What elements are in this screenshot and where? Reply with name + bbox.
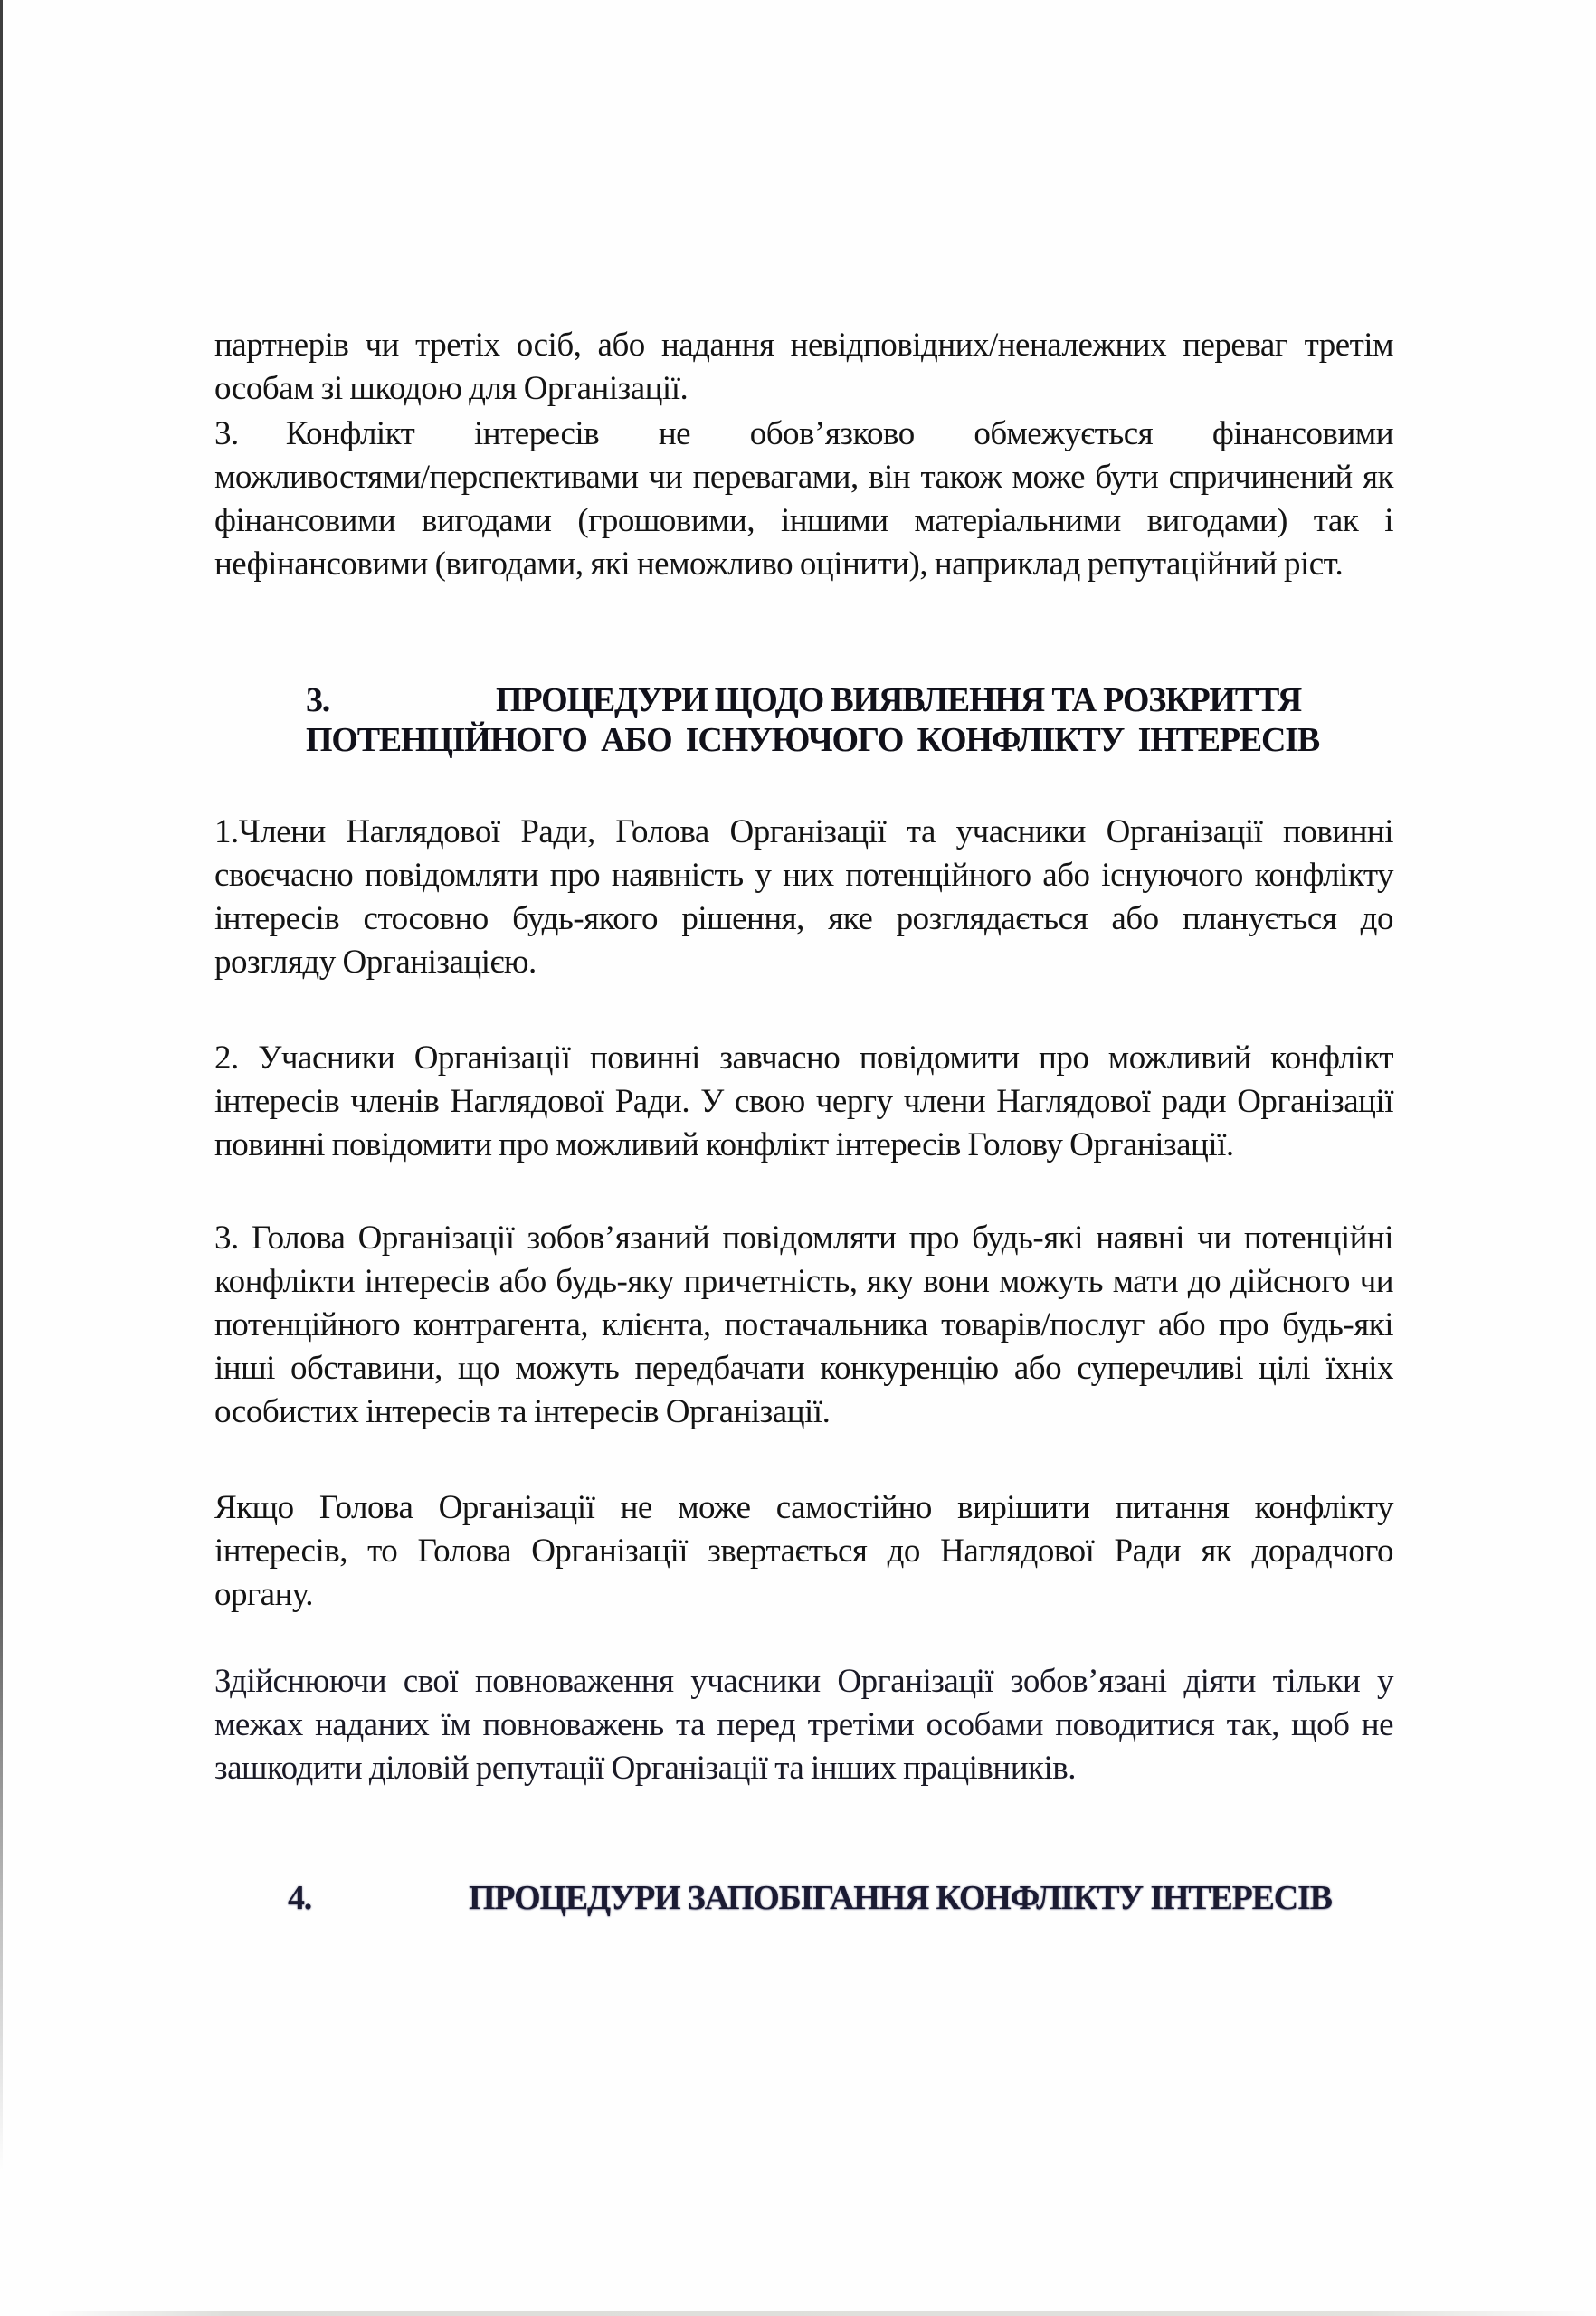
text-line: 1.Члени Наглядової Ради, Голова Організа… <box>214 811 1393 854</box>
scanned-document-page: партнерів чи третіх осіб, або надання не… <box>0 0 1596 2316</box>
paragraph-item-4: Якщо Голова Організації не може самостій… <box>214 1486 1393 1617</box>
paragraph-item-1: 1.Члени Наглядової Ради, Голова Організа… <box>214 811 1393 984</box>
paragraph-clause-3: 3.Конфлікт інтересів не обов’язково обме… <box>214 413 1393 586</box>
text-line-body: Конфлікт інтересів не обов’язково обмежу… <box>286 415 1393 452</box>
text-line: межах наданих їм повноважень та перед тр… <box>214 1704 1393 1747</box>
text-line: Якщо Голова Організації не може самостій… <box>214 1486 1393 1530</box>
text-line: 3. Голова Організації зобов’язаний повід… <box>214 1217 1393 1260</box>
text-line: інші обставини, що можуть передбачати ко… <box>214 1347 1393 1391</box>
paragraph-continuation: партнерів чи третіх осіб, або надання не… <box>214 324 1393 411</box>
text-line: своєчасно повідомляти про наявність у ни… <box>214 854 1393 897</box>
text-line: повинні повідомити про можливий конфлікт… <box>214 1124 1393 1167</box>
text-line: партнерів чи третіх осіб, або надання не… <box>214 324 1393 367</box>
text-line: конфлікти інтересів або будь-яку причетн… <box>214 1260 1393 1304</box>
text-line: Здійснюючи свої повноваження учасники Ор… <box>214 1660 1393 1704</box>
text-line: потенційного контрагента, клієнта, поста… <box>214 1304 1393 1347</box>
heading-title-line-2: ПОТЕНЦІЙНОГО АБО ІСНУЮЧОГО КОНФЛІКТУ ІНТ… <box>306 720 1319 760</box>
heading-title-line-1: ПРОЦЕДУРИ ЩОДО ВИЯВЛЕННЯ ТА РОЗКРИТТЯ <box>496 681 1301 719</box>
text-line: інтересів, то Голова Організації звертає… <box>214 1530 1393 1573</box>
text-line: інтересів стосовно будь-якого рішення, я… <box>214 897 1393 941</box>
heading-line: 4. ПРОЦЕДУРИ ЗАПОБІГАННЯ КОНФЛІКТУ ІНТЕР… <box>288 1878 1392 1918</box>
paragraph-item-5: Здійснюючи свої повноваження учасники Ор… <box>214 1660 1393 1790</box>
text-line: розгляду Організацією. <box>214 941 1393 984</box>
paragraph-item-3: 3. Голова Організації зобов’язаний повід… <box>214 1217 1393 1434</box>
text-line: 2. Учасники Організації повинні завчасно… <box>214 1037 1393 1080</box>
clause-number: 3. <box>214 415 239 452</box>
text-line: зашкодити діловій репутації Організації … <box>214 1747 1393 1790</box>
text-line: можливостями/перспективами чи перевагами… <box>214 456 1393 499</box>
scan-bottom-shadow <box>45 2311 1596 2316</box>
heading-line: 3. ПРОЦЕДУРИ ЩОДО ВИЯВЛЕННЯ ТА РОЗКРИТТЯ <box>306 680 1319 720</box>
paragraph-item-2: 2. Учасники Організації повинні завчасно… <box>214 1037 1393 1167</box>
text-line: особам зі шкодою для Організації. <box>214 367 1393 411</box>
heading-title: ПРОЦЕДУРИ ЗАПОБІГАННЯ КОНФЛІКТУ ІНТЕРЕСІ… <box>469 1879 1332 1917</box>
section-3-heading: 3. ПРОЦЕДУРИ ЩОДО ВИЯВЛЕННЯ ТА РОЗКРИТТЯ… <box>306 680 1319 760</box>
text-line: нефінансовими (вигодами, які неможливо о… <box>214 543 1393 586</box>
text-line: фінансовими вигодами (грошовими, іншими … <box>214 499 1393 543</box>
section-4-heading: 4. ПРОЦЕДУРИ ЗАПОБІГАННЯ КОНФЛІКТУ ІНТЕР… <box>288 1878 1392 1918</box>
scan-left-edge-line <box>0 0 3 2171</box>
text-line: особистих інтересів та інтересів Організ… <box>214 1391 1393 1434</box>
section-number: 3. <box>306 680 329 720</box>
text-line: органу. <box>214 1573 1393 1617</box>
section-number: 4. <box>288 1878 311 1918</box>
text-line: 3.Конфлікт інтересів не обов’язково обме… <box>214 413 1393 456</box>
text-line: інтересів членів Наглядової Ради. У свою… <box>214 1080 1393 1124</box>
